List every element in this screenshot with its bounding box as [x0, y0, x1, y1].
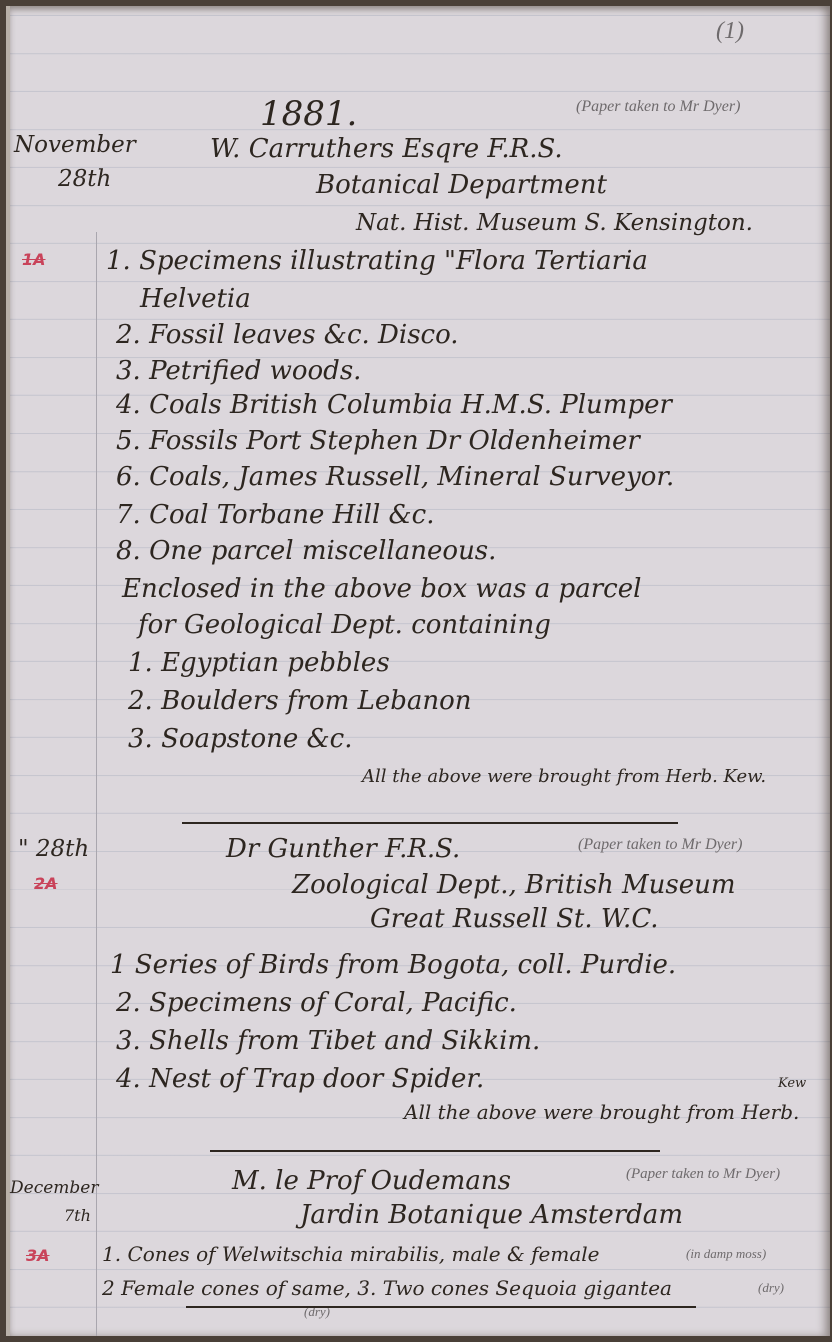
- entry-2-address-1: Zoological Dept., British Museum: [292, 870, 736, 900]
- entry-3-address-1: Jardin Botanique Amsterdam: [300, 1200, 683, 1230]
- entry-underline: [186, 1306, 696, 1308]
- entry-3-ref: 3A: [26, 1246, 50, 1265]
- entry-1-address-1: Botanical Department: [316, 170, 607, 200]
- entry-1-enclosed-intro: for Geological Dept. containing: [138, 610, 551, 640]
- entry-1-enclosed-item: 1. Egyptian pebbles: [128, 648, 390, 678]
- entry-1-enclosed-item: 3. Soapstone &c.: [128, 724, 353, 754]
- entry-1-month: November: [14, 132, 136, 158]
- entry-2-address-2: Great Russell St. W.C.: [370, 904, 659, 934]
- entry-1-year: 1881.: [260, 94, 357, 134]
- entry-3-day: 7th: [64, 1206, 91, 1225]
- entry-2-item: 2. Specimens of Coral, Pacific.: [116, 988, 517, 1018]
- entry-1-addressee: W. Carruthers Esqre F.R.S.: [210, 134, 563, 164]
- entry-1-item: 8. One parcel miscellaneous.: [116, 536, 496, 566]
- entry-3-item-note: (in damp moss): [686, 1246, 766, 1262]
- entry-1-item: Helvetia: [140, 284, 251, 314]
- entry-1-item: 4. Coals British Columbia H.M.S. Plumper: [116, 390, 672, 420]
- entry-1-enclosed-item: 2. Boulders from Lebanon: [128, 686, 472, 716]
- entry-separator: [182, 822, 678, 824]
- entry-3-item-note: (dry): [758, 1280, 784, 1296]
- entry-3-item: 2 Female cones of same, 3. Two cones Seq…: [102, 1276, 672, 1300]
- entry-2-addressee: Dr Gunther F.R.S.: [226, 834, 460, 864]
- margin-rule: [96, 232, 97, 1336]
- entry-1-enclosed-intro: Enclosed in the above box was a parcel: [122, 574, 641, 604]
- entry-3-note: (Paper taken to Mr Dyer): [626, 1166, 780, 1183]
- ledger-page: (1) November 28th 1A 1881. (Paper taken …: [6, 6, 830, 1336]
- entry-1-item: 2. Fossil leaves &c. Disco.: [116, 320, 459, 350]
- entry-1-item: 6. Coals, James Russell, Mineral Surveyo…: [116, 462, 674, 492]
- entry-2-item: 4. Nest of Trap door Spider.: [116, 1064, 484, 1094]
- entry-1-ref: 1A: [22, 250, 46, 269]
- entry-1-item: 3. Petrified woods.: [116, 356, 361, 386]
- entry-3-addressee: M. le Prof Oudemans: [232, 1166, 511, 1196]
- entry-2-day: " 28th: [18, 836, 89, 862]
- entry-2-item: 1 Series of Birds from Bogota, coll. Pur…: [110, 950, 676, 980]
- entry-3-item: 1. Cones of Welwitschia mirabilis, male …: [102, 1242, 599, 1266]
- entry-1-footer: All the above were brought from Herb. Ke…: [362, 766, 766, 787]
- entry-2-item: 3. Shells from Tibet and Sikkim.: [116, 1026, 540, 1056]
- entry-1-day: 28th: [58, 166, 111, 192]
- entry-1-item: 1. Specimens illustrating "Flora Tertiar…: [106, 246, 648, 276]
- entry-1-item: 7. Coal Torbane Hill &c.: [116, 500, 435, 530]
- entry-2-note: (Paper taken to Mr Dyer): [578, 836, 742, 854]
- entry-separator: [210, 1150, 660, 1152]
- entry-2-ref: 2A: [34, 874, 58, 893]
- entry-1-address-2: Nat. Hist. Museum S. Kensington.: [356, 210, 753, 236]
- entry-2-footer-insert: Kew: [778, 1076, 806, 1091]
- entry-1-item: 5. Fossils Port Stephen Dr Oldenheimer: [116, 426, 640, 456]
- entry-3-month: December: [10, 1178, 98, 1198]
- entry-2-footer: All the above were brought from Herb.: [404, 1100, 799, 1124]
- page-number: (1): [716, 18, 744, 45]
- entry-1-note: (Paper taken to Mr Dyer): [576, 98, 740, 116]
